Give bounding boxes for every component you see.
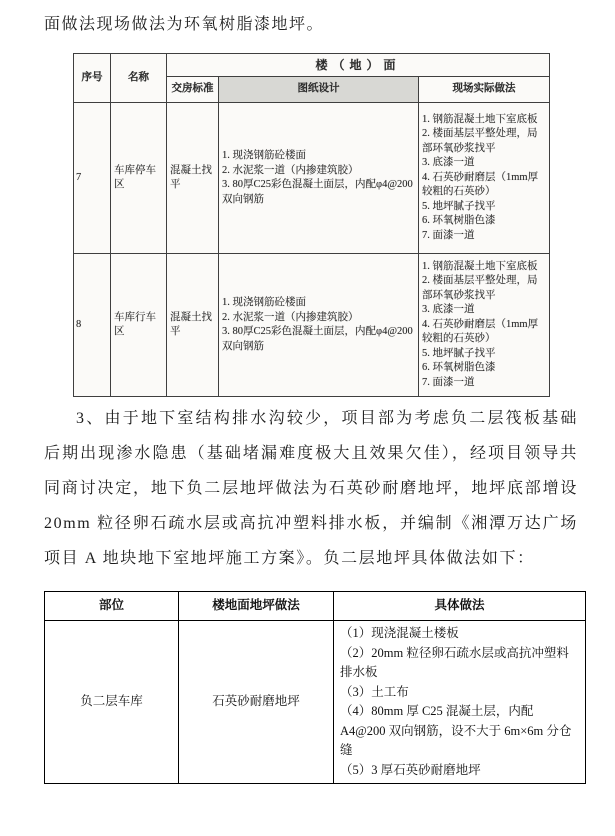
header-actual-practice: 现场实际做法: [419, 77, 550, 103]
row-location: 负二层车库: [45, 621, 179, 784]
row7-design: 1. 现浇钢筋砼楼面 2. 水泥浆一道（内掺建筑胶） 3. 80厚C25彩色混凝…: [219, 103, 419, 254]
row7-name: 车库停车区: [111, 103, 167, 254]
header-specific-method: 具体做法: [334, 592, 586, 621]
row8-design: 1. 现浇钢筋砼楼面 2. 水泥浆一道（内掺建筑胶） 3. 80厚C25彩色混凝…: [219, 254, 419, 397]
body-paragraph: 3、由于地下室结构排水沟较少，项目部为考虑负二层筏板基础后期出现渗水隐患（基础堵…: [44, 401, 578, 576]
method-table-row: 负二层车库 石英砂耐磨地坪 （1）现浇混凝土楼板 （2）20mm 粒径卵石疏水层…: [45, 621, 586, 784]
header-delivery-standard: 交房标准: [167, 77, 219, 103]
header-floor-method: 楼地面地坪做法: [179, 592, 334, 621]
floor-finish-comparison-table: 序号 名称 楼（地）面 交房标准 图纸设计 现场实际做法 7 车库停车区 混凝土…: [73, 53, 550, 397]
row7-standard: 混凝土找平: [167, 103, 219, 254]
header-location: 部位: [45, 592, 179, 621]
row-specific-method: （1）现浇混凝土楼板 （2）20mm 粒径卵石疏水层或高抗冲塑料排水板 （3）土…: [334, 621, 586, 784]
header-seq: 序号: [74, 54, 111, 103]
row-floor-method: 石英砂耐磨地坪: [179, 621, 334, 784]
method-table-header-row: 部位 楼地面地坪做法 具体做法: [45, 592, 586, 621]
basement-floor-method-table: 部位 楼地面地坪做法 具体做法 负二层车库 石英砂耐磨地坪 （1）现浇混凝土楼板…: [44, 591, 586, 784]
intro-text: 面做法现场做法为环氧树脂漆地坪。: [44, 13, 584, 37]
row8-seq: 8: [74, 254, 111, 397]
row8-actual: 1. 钢筋混凝土地下室底板 2. 楼面基层平整处理，局部环氧砂浆找平 3. 底漆…: [419, 254, 550, 397]
header-drawing-design: 图纸设计: [219, 77, 419, 103]
table-header-row-group: 序号 名称 楼（地）面: [74, 54, 550, 77]
row8-name: 车库行车区: [111, 254, 167, 397]
header-floor-group: 楼（地）面: [167, 54, 550, 77]
table-row-7: 7 车库停车区 混凝土找平 1. 现浇钢筋砼楼面 2. 水泥浆一道（内掺建筑胶）…: [74, 103, 550, 254]
header-name: 名称: [111, 54, 167, 103]
row7-actual: 1. 钢筋混凝土地下室底板 2. 楼面基层平整处理，局部环氧砂浆找平 3. 底漆…: [419, 103, 550, 254]
table-row-8: 8 车库行车区 混凝土找平 1. 现浇钢筋砼楼面 2. 水泥浆一道（内掺建筑胶）…: [74, 254, 550, 397]
row8-standard: 混凝土找平: [167, 254, 219, 397]
row7-seq: 7: [74, 103, 111, 254]
